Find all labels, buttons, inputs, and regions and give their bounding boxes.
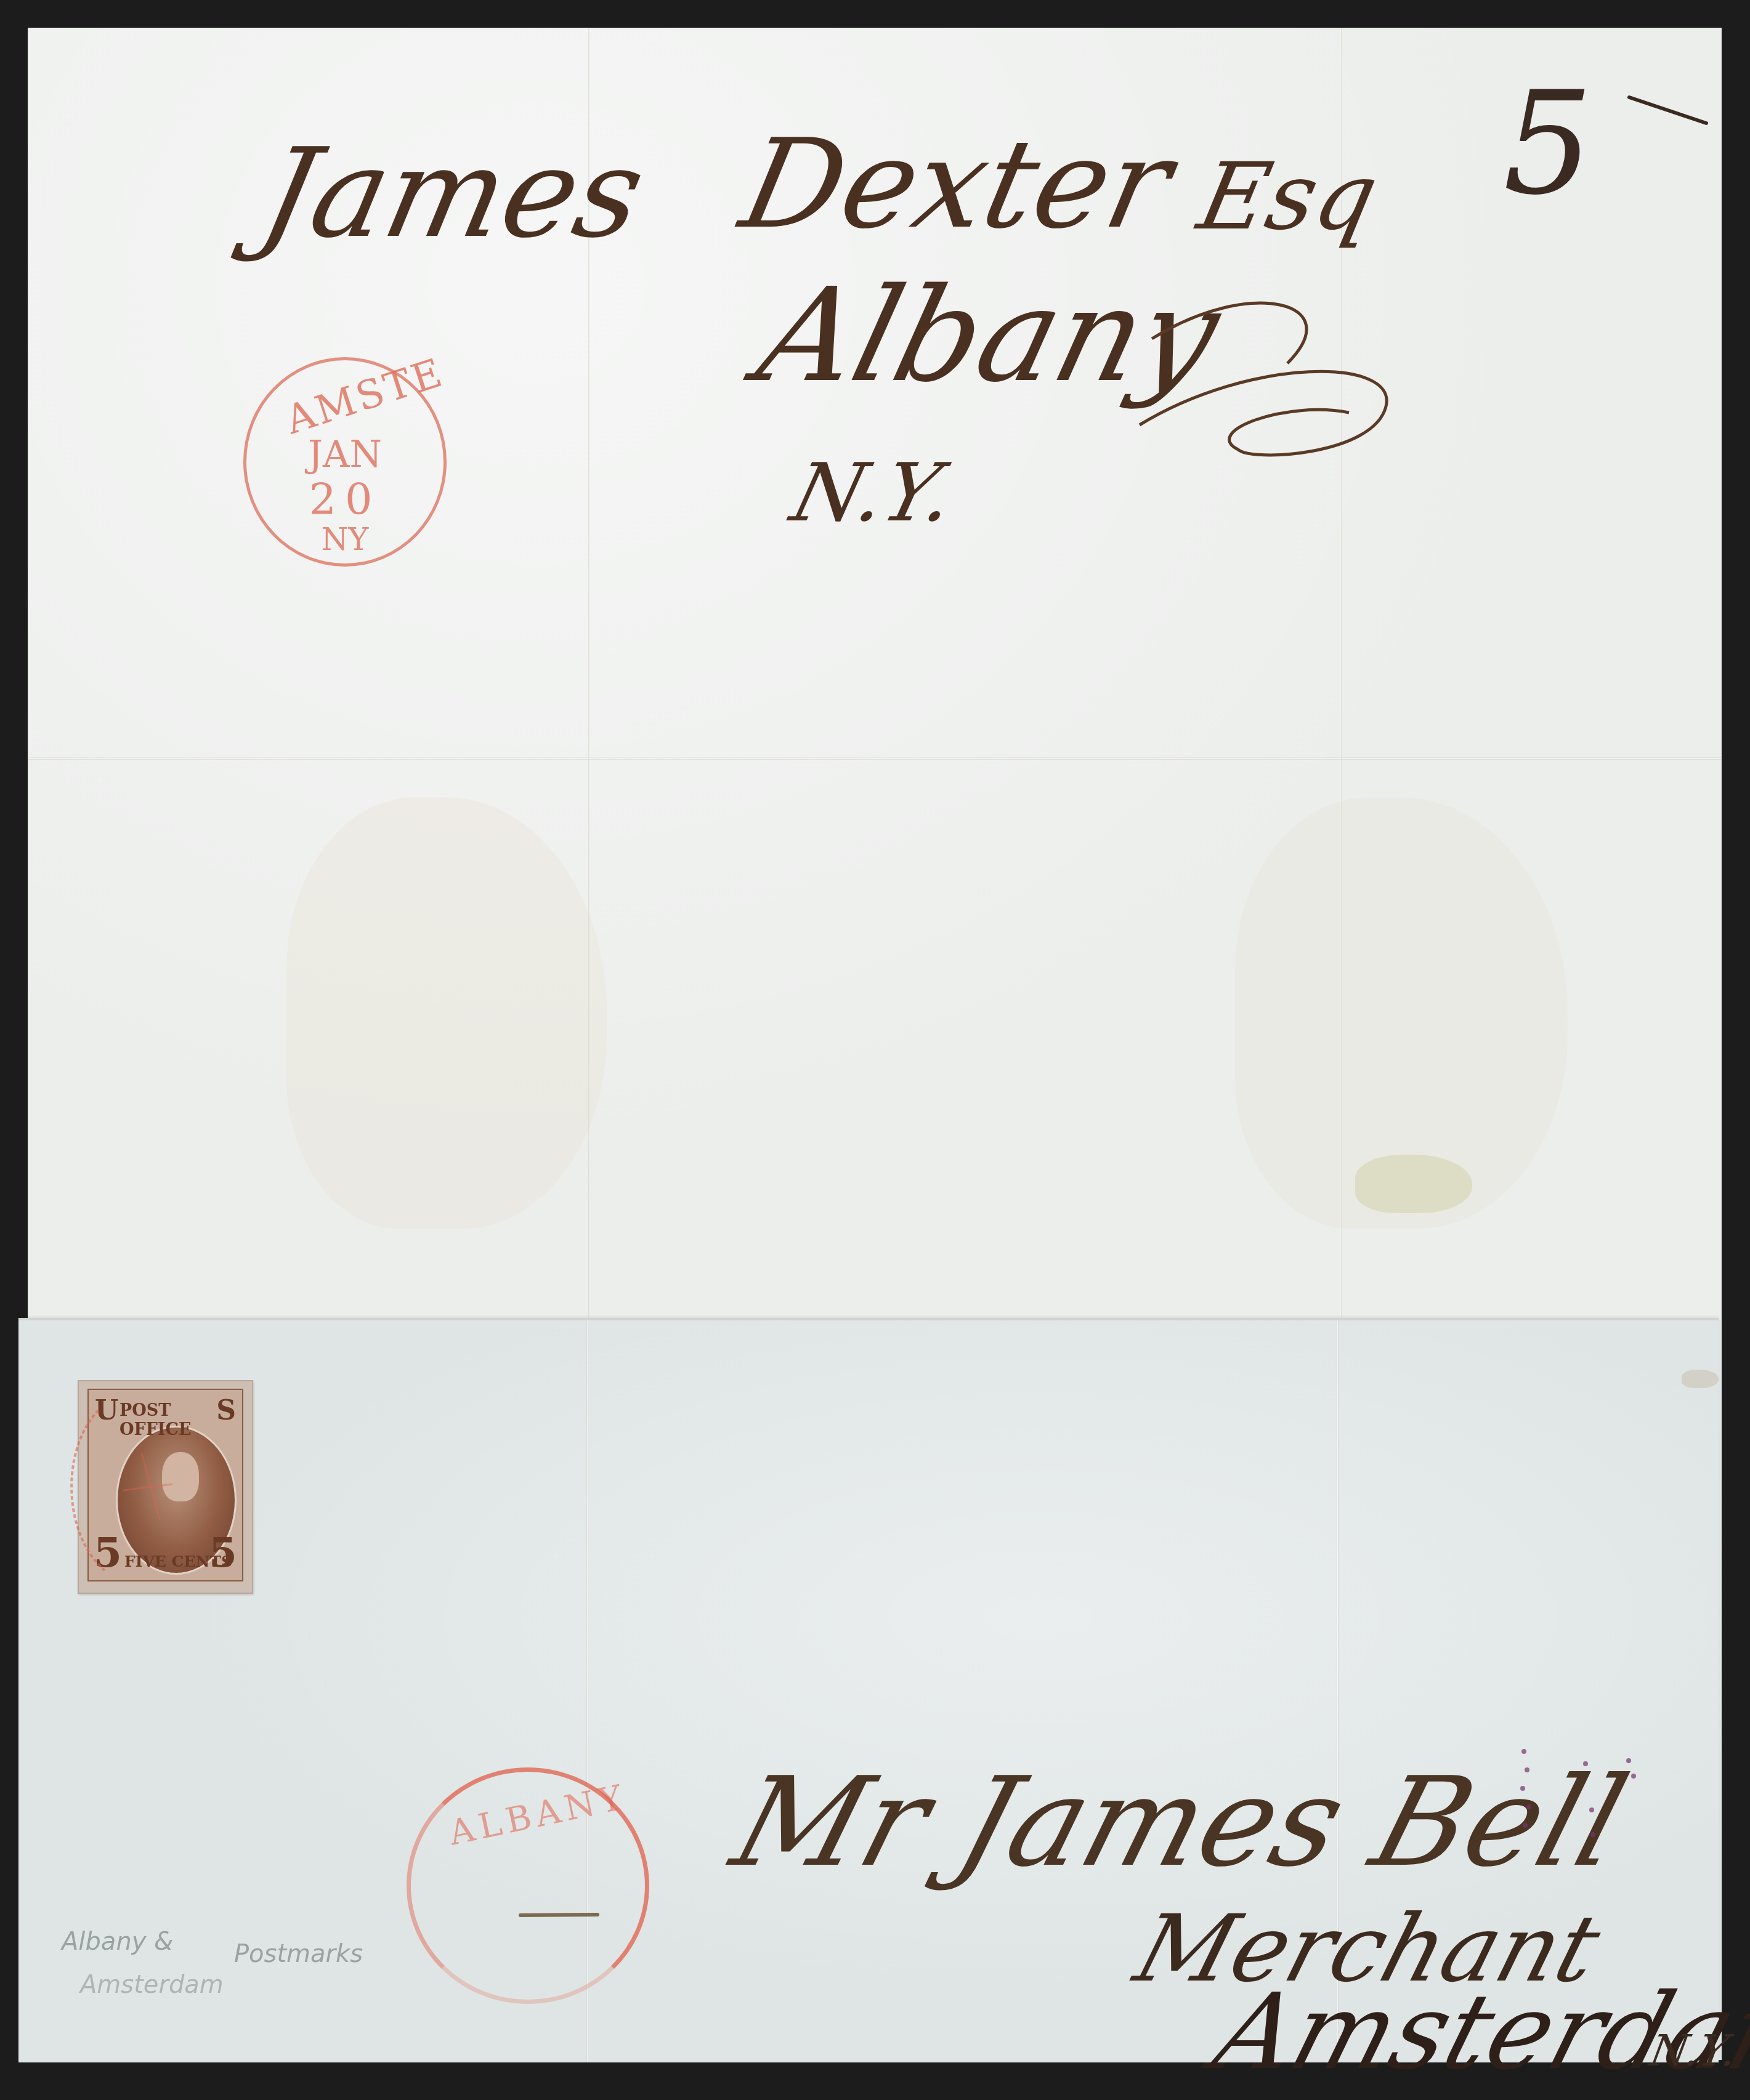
stamp-cancel-arc: [49, 1398, 209, 1583]
recipient-name: Mr James Bell: [721, 1761, 1638, 1884]
flourish-icon: [1127, 265, 1448, 487]
horizontal-fold: [28, 757, 1722, 760]
amsterdam-postmark: AMSTE JAN 20 NY: [243, 357, 447, 567]
address-state: N.Y.: [785, 453, 963, 533]
stamp-s: S: [216, 1395, 236, 1426]
rate-marking: 5: [1503, 74, 1593, 216]
postmark-town: ALBANY: [445, 1777, 630, 1854]
pencil-note-line2: Amsterdam: [80, 1971, 224, 1999]
paper-toning: [1235, 798, 1568, 1229]
postmark-month: JAN: [246, 433, 444, 476]
pencil-note-postmarks: Postmarks: [234, 1940, 363, 1968]
rate-dash-icon: [1626, 92, 1712, 129]
recipient-state: N.Y.: [1647, 2029, 1740, 2072]
postmark-day: 20: [246, 474, 444, 525]
pencil-note-line1: Albany &: [62, 1928, 173, 1956]
postmark-state: NY: [246, 522, 444, 557]
stamp-5-right: 5: [209, 1529, 237, 1577]
paper-tab: [1682, 1370, 1719, 1388]
address-last-name: Dexter: [732, 123, 1181, 246]
address-first-name: James: [252, 132, 654, 256]
paper-toning: [286, 798, 607, 1229]
albany-postmark: ALBANY: [407, 1767, 649, 2004]
ink-stroke: [517, 1909, 604, 1921]
address-title: Esq: [1191, 151, 1385, 243]
